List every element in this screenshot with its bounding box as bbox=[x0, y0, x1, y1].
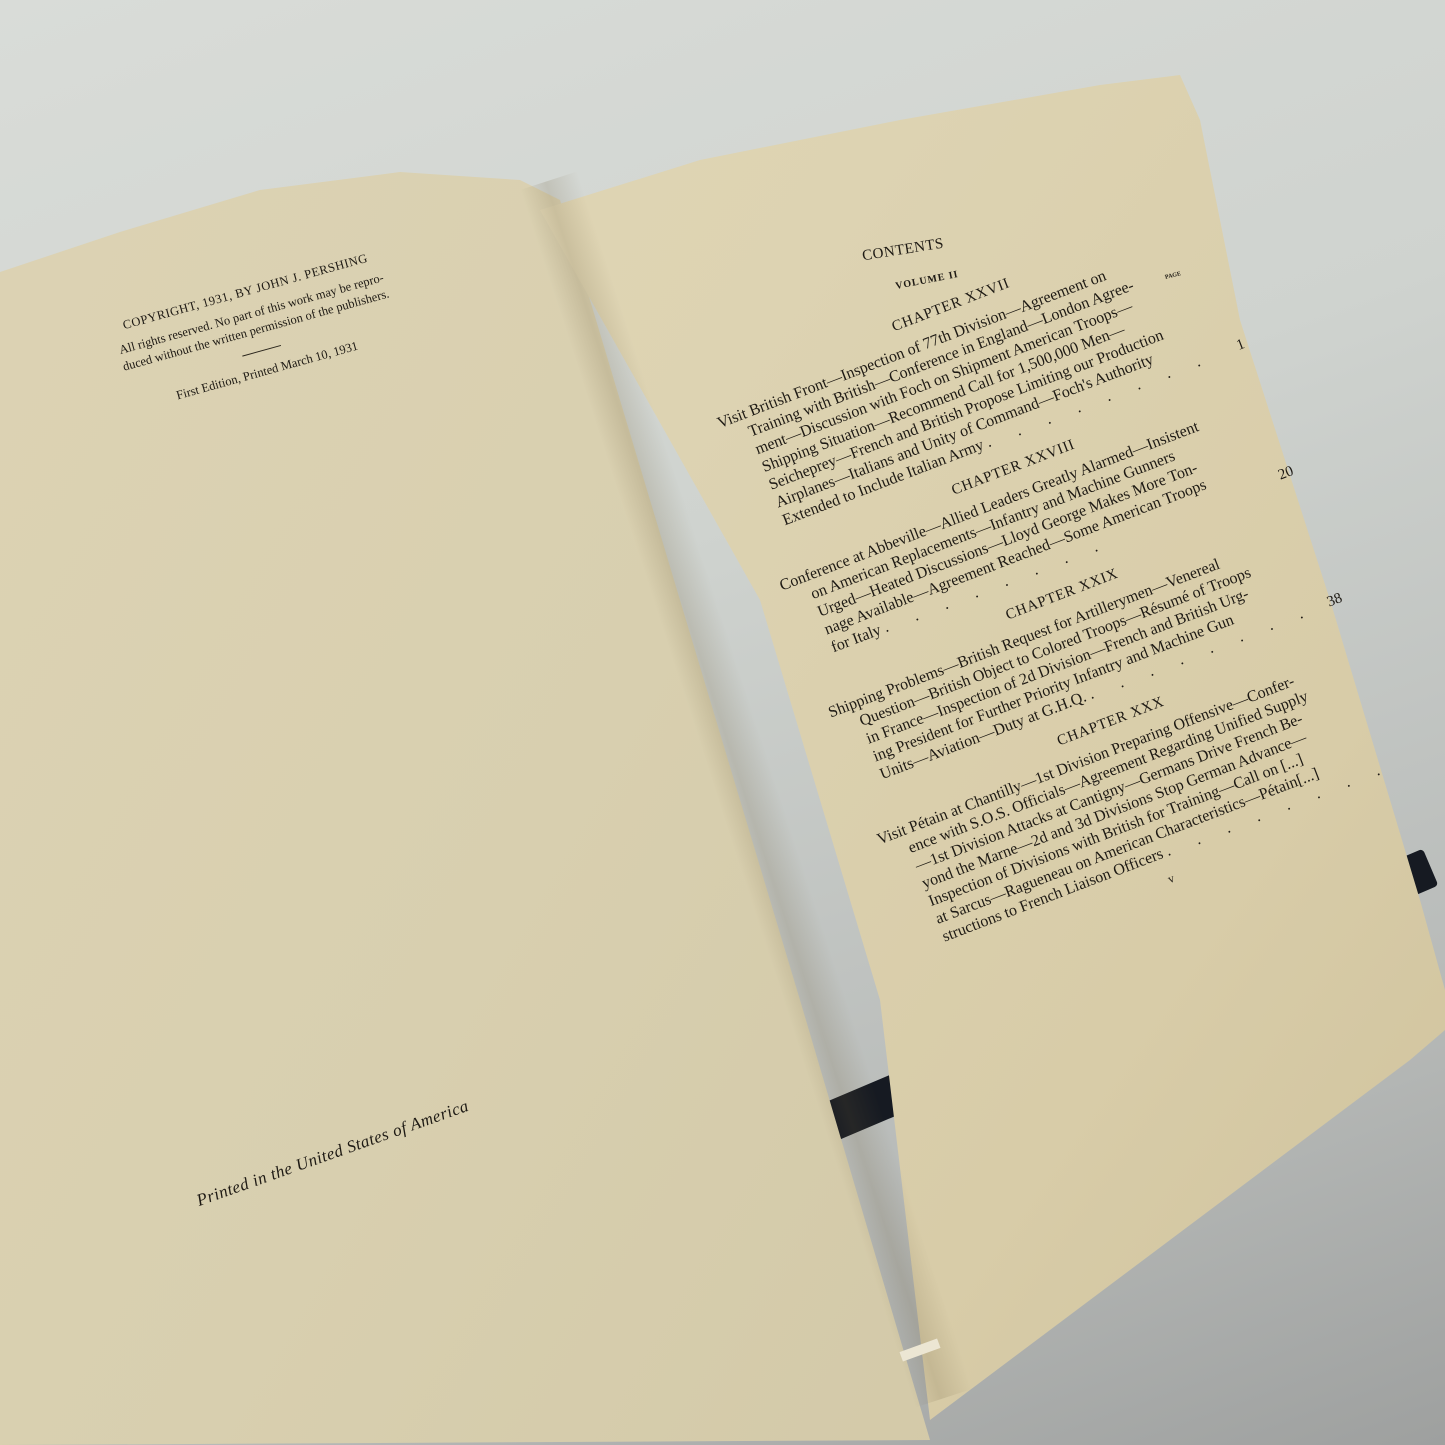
chapter-page-number: 38 bbox=[1324, 589, 1345, 612]
book-photo: COPYRIGHT, 1931, BY JOHN J. PERSHING All… bbox=[0, 0, 1445, 1445]
chapter-page-number: 20 bbox=[1276, 462, 1297, 485]
divider-rule bbox=[242, 345, 281, 357]
